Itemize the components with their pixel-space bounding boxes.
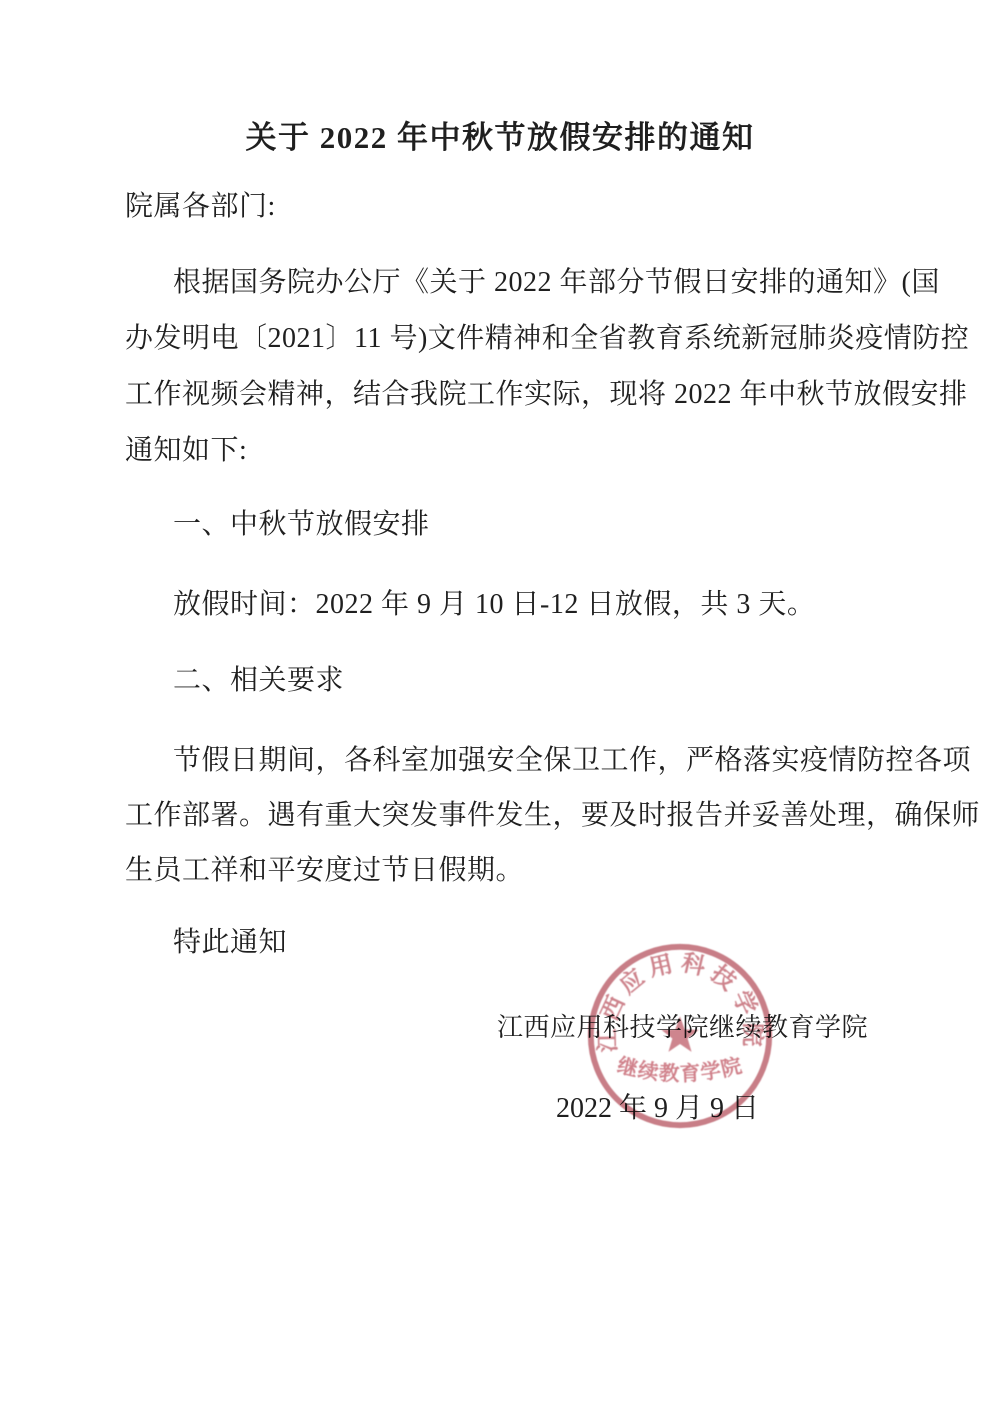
issue-date: 2022 年 9 月 9 日 [556,1086,759,1126]
section1-body: 放假时间：2022 年 9 月 10 日-12 日放假，共 3 天。 [125,590,923,620]
section2-paragraph-line: 生员工祥和平安度过节日假期。 [125,856,875,886]
seal-inner-bottom-text: 继续教育学院 [615,1053,745,1086]
closing-phrase: 特此通知 [125,928,923,958]
document-title: 关于 2022 年中秋节放假安排的通知 [0,112,1000,157]
issuer-signature: 江西应用科技学院继续教育学院 [497,1007,868,1044]
intro-paragraph-line: 通知如下: [125,436,875,466]
section1-heading: 一、中秋节放假安排 [125,510,923,540]
intro-paragraph-line: 根据国务院办公厅《关于 2022 年部分节假日安排的通知》(国 [125,268,923,298]
section2-paragraph-line: 节假日期间，各科室加强安全保卫工作，严格落实疫情防控各项 [125,746,923,776]
notice-document-page: 关于 2022 年中秋节放假安排的通知 院属各部门: 根据国务院办公厅《关于 2… [0,0,1000,1414]
intro-paragraph-line: 工作视频会精神，结合我院工作实际，现将 2022 年中秋节放假安排 [125,380,875,410]
section2-heading: 二、相关要求 [125,666,923,696]
section2-paragraph-line: 工作部署。遇有重大突发事件发生，要及时报告并妥善处理，确保师 [125,801,875,831]
salutation: 院属各部门: [125,192,875,222]
intro-paragraph-line: 办发明电〔2021〕11 号)文件精神和全省教育系统新冠肺炎疫情防控 [125,324,875,354]
